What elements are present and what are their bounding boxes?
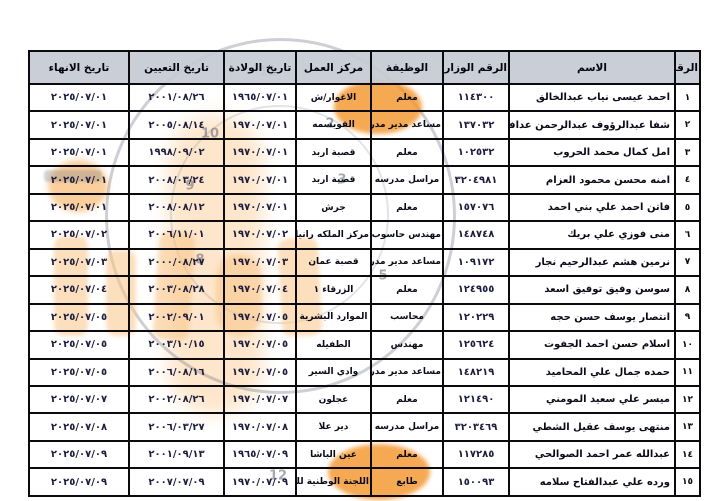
- cell-center: دير علا: [296, 413, 371, 440]
- cell-name: عبدالله عمر احمد الصوالحي: [509, 441, 675, 468]
- cell-birth: ١٩٧٠/٠٧/٠٣: [224, 249, 296, 276]
- cell-job: معلم: [371, 441, 443, 468]
- cell-ministry_no: ٣٢٠٤٩٨١: [443, 166, 509, 193]
- cell-job: مراسل مدرسه: [371, 166, 443, 193]
- cell-job: معلم: [371, 276, 443, 303]
- table-row: ٥فاتن احمد علي بني احمد١٥٧٠٧٦معلمجرش١٩٧٠…: [29, 194, 700, 221]
- table-row: ٨سوسن وفيق توفيق اسعد١٢٤٩٥٥معلمالزرقاء ١…: [29, 276, 700, 303]
- cell-birth: ١٩٧٠/٠٧/٠٤: [224, 276, 296, 303]
- header-work-center: مركز العمل: [296, 51, 371, 84]
- cell-end: ٢٠٢٥/٠٧/٠٥: [29, 304, 129, 331]
- cell-end: ٢٠٢٥/٠٧/٠١: [29, 111, 129, 138]
- cell-appointed: ٢٠٠٢/٠٨/٢٦: [129, 386, 224, 413]
- header-birth-date: تاريخ الولادة: [224, 51, 296, 84]
- cell-appointed: ٢٠٠٣/٠٨/٢٨: [129, 276, 224, 303]
- cell-birth: ١٩٧٠/٠٧/٠١: [224, 139, 296, 166]
- header-appointment-date: تاريخ التعيين: [129, 51, 224, 84]
- cell-center: قصبة عمان: [296, 249, 371, 276]
- cell-num: ١٥: [675, 468, 700, 496]
- cell-name: فاتن احمد علي بني احمد: [509, 194, 675, 221]
- table-body: ١احمد عيسى نياب عبدالخالق١١٤٣٠٠معلمالاغو…: [29, 84, 700, 496]
- cell-num: ١: [675, 84, 700, 111]
- cell-end: ٢٠٢٥/٠٧/٠٥: [29, 331, 129, 358]
- table-row: ٩انتصار يوسف حسن حجه١٢٠٢٢٩محاسبالموارد ا…: [29, 304, 700, 331]
- cell-num: ١١: [675, 359, 700, 386]
- cell-ministry_no: ٣٢٠٣٤٦٩: [443, 413, 509, 440]
- cell-ministry_no: ١١٤٣٠٠: [443, 84, 509, 111]
- header-termination-date: تاريخ الانهاء: [29, 51, 129, 84]
- cell-center: الطفيله: [296, 331, 371, 358]
- cell-appointed: ٢٠٠٠/٠٨/٢٧: [129, 249, 224, 276]
- header-name: الاسم: [509, 51, 675, 84]
- cell-job: مهندس: [371, 331, 443, 358]
- cell-center: مركز الملكه رانيا: [296, 221, 371, 248]
- cell-birth: ١٩٧٠/٠٧/٠٥: [224, 304, 296, 331]
- cell-appointed: ٢٠٠٧/٠٧/٠٩: [129, 468, 224, 496]
- cell-name: نرمين هشم عبدالرحيم نجار: [509, 249, 675, 276]
- cell-end: ٢٠٢٥/٠٧/٠٨: [29, 413, 129, 440]
- cell-end: ٢٠٢٥/٠٧/٠٤: [29, 276, 129, 303]
- cell-num: ١٢: [675, 386, 700, 413]
- cell-appointed: ٢٠٠٢/٠٩/٠١: [129, 304, 224, 331]
- cell-name: ورده علي عبدالفتاح سلامه: [509, 468, 675, 496]
- table-row: ٧نرمين هشم عبدالرحيم نجار١٠٩١٧٢مساعد مدي…: [29, 249, 700, 276]
- cell-center: القويسمه: [296, 111, 371, 138]
- table-row: ١١حمده جمال علي المحاميد١٤٨٢١٩مساعد مدير…: [29, 359, 700, 386]
- cell-end: ٢٠٢٥/٠٧/٠٩: [29, 468, 129, 496]
- cell-appointed: ٢٠٠١/٠٩/١٣: [129, 441, 224, 468]
- cell-end: ٢٠٢٥/٠٧/٠٧: [29, 386, 129, 413]
- cell-center: عجلون: [296, 386, 371, 413]
- cell-appointed: ٢٠٠٦/٠٣/٢٧: [129, 413, 224, 440]
- cell-appointed: ٢٠٠٣/١٠/١٥: [129, 331, 224, 358]
- cell-name: حمده جمال علي المحاميد: [509, 359, 675, 386]
- cell-ministry_no: ١٣٧٠٣٢: [443, 111, 509, 138]
- cell-name: انتصار يوسف حسن حجه: [509, 304, 675, 331]
- table-row: ٤امنه محسن محمود العزام٣٢٠٤٩٨١مراسل مدرس…: [29, 166, 700, 193]
- cell-center: جرش: [296, 194, 371, 221]
- cell-end: ٢٠٢٥/٠٧/٠٥: [29, 359, 129, 386]
- cell-name: ميسر علي سعيد المومني: [509, 386, 675, 413]
- cell-ministry_no: ١٠٢٥٣٢: [443, 139, 509, 166]
- cell-birth: ١٩٧٠/٠٧/٠٧: [224, 386, 296, 413]
- cell-center: اللجنة الوطنية للتربية: [296, 468, 371, 496]
- header-row-number: الرقم: [675, 51, 700, 84]
- cell-name: منتهى يوسف عقيل الشطي: [509, 413, 675, 440]
- cell-center: عين الباشا: [296, 441, 371, 468]
- employee-termination-table: الرقم الاسم الرقم الوزاري الوظيفة مركز ا…: [28, 50, 701, 497]
- table-row: ٣امل كمال محمد الحروب١٠٢٥٣٢معلمقصبة اربد…: [29, 139, 700, 166]
- cell-birth: ١٩٦٥/٠٧/٠١: [224, 84, 296, 111]
- cell-appointed: ٢٠٠٦/١١/٠١: [129, 221, 224, 248]
- cell-ministry_no: ١٥٧٠٧٦: [443, 194, 509, 221]
- cell-name: سوسن وفيق توفيق اسعد: [509, 276, 675, 303]
- cell-birth: ١٩٧٠/٠٧/٠١: [224, 194, 296, 221]
- cell-ministry_no: ١٤٨٧٤٨: [443, 221, 509, 248]
- cell-center: الموارد البشرية: [296, 304, 371, 331]
- header-job-title: الوظيفة: [371, 51, 443, 84]
- cell-end: ٢٠٢٥/٠٧/٠٩: [29, 441, 129, 468]
- cell-num: ٩: [675, 304, 700, 331]
- cell-job: معلم: [371, 194, 443, 221]
- cell-end: ٢٠٢٥/٠٧/٠١: [29, 139, 129, 166]
- table-row: ١احمد عيسى نياب عبدالخالق١١٤٣٠٠معلمالاغو…: [29, 84, 700, 111]
- cell-job: محاسب: [371, 304, 443, 331]
- cell-end: ٢٠٢٥/٠٧/٠١: [29, 166, 129, 193]
- header-ministry-number: الرقم الوزاري: [443, 51, 509, 84]
- cell-job: معلم: [371, 84, 443, 111]
- cell-name: امنه محسن محمود العزام: [509, 166, 675, 193]
- cell-job: مهندس حاسوب: [371, 221, 443, 248]
- cell-appointed: ١٩٩٨/٠٩/٠٢: [129, 139, 224, 166]
- table-row: ١٣منتهى يوسف عقيل الشطي٣٢٠٣٤٦٩مراسل مدرس…: [29, 413, 700, 440]
- cell-num: ١٤: [675, 441, 700, 468]
- cell-name: امل كمال محمد الحروب: [509, 139, 675, 166]
- table-row: ١٢ميسر علي سعيد المومني١٢١٤٩٠معلمعجلون١٩…: [29, 386, 700, 413]
- cell-num: ١٠: [675, 331, 700, 358]
- cell-name: منى فوزي علي بريك: [509, 221, 675, 248]
- cell-job: مساعد مدير مدرسه: [371, 249, 443, 276]
- cell-end: ٢٠٢٥/٠٧/٠١: [29, 84, 129, 111]
- cell-birth: ١٩٧٠/٠٧/٠٥: [224, 331, 296, 358]
- cell-birth: ١٩٧٠/٠٧/٠٥: [224, 359, 296, 386]
- cell-job: مراسل مدرسه: [371, 413, 443, 440]
- cell-center: وادي السير: [296, 359, 371, 386]
- cell-name: اسلام حسن احمد الجفوت: [509, 331, 675, 358]
- table-row: ١٠اسلام حسن احمد الجفوت١٢٥٦٢٤مهندسالطفيل…: [29, 331, 700, 358]
- cell-birth: ١٩٧٠/٠٧/٠٩: [224, 468, 296, 496]
- cell-end: ٢٠٢٥/٠٧/٠٣: [29, 249, 129, 276]
- cell-job: معلم: [371, 139, 443, 166]
- cell-ministry_no: ١٥٠٠٩٣: [443, 468, 509, 496]
- cell-num: ٤: [675, 166, 700, 193]
- cell-name: احمد عيسى نياب عبدالخالق: [509, 84, 675, 111]
- table-row: ٢شفا عبدالرؤوف عبدالرحمن عدافه١٣٧٠٣٢مساع…: [29, 111, 700, 138]
- cell-num: ٣: [675, 139, 700, 166]
- cell-num: ١٣: [675, 413, 700, 440]
- cell-ministry_no: ١٤٨٢١٩: [443, 359, 509, 386]
- cell-job: معلم: [371, 386, 443, 413]
- table-row: ١٥ورده علي عبدالفتاح سلامه١٥٠٠٩٣طابعاللج…: [29, 468, 700, 496]
- cell-birth: ١٩٧٠/٠٧/٠١: [224, 166, 296, 193]
- cell-ministry_no: ١١٧٢٨٥: [443, 441, 509, 468]
- table-row: ٦منى فوزي علي بريك١٤٨٧٤٨مهندس حاسوبمركز …: [29, 221, 700, 248]
- cell-center: قصبة اربد: [296, 166, 371, 193]
- cell-job: طابع: [371, 468, 443, 496]
- cell-appointed: ٢٠٠٨/٠٨/١٢: [129, 194, 224, 221]
- cell-job: مساعد مدير مدرسه: [371, 359, 443, 386]
- cell-appointed: ٢٠٠٨/٠٣/٢٤: [129, 166, 224, 193]
- table-header-row: الرقم الاسم الرقم الوزاري الوظيفة مركز ا…: [29, 51, 700, 84]
- cell-ministry_no: ١٠٩١٧٢: [443, 249, 509, 276]
- cell-appointed: ٢٠٠١/٠٨/٢٦: [129, 84, 224, 111]
- cell-birth: ١٩٧٠/٠٧/٠١: [224, 111, 296, 138]
- cell-appointed: ٢٠٠٥/٠٨/١٤: [129, 111, 224, 138]
- cell-birth: ١٩٧٠/٠٧/٠٨: [224, 413, 296, 440]
- cell-ministry_no: ١٢٤٩٥٥: [443, 276, 509, 303]
- cell-appointed: ٢٠٠٦/٠٨/١٦: [129, 359, 224, 386]
- cell-num: ٦: [675, 221, 700, 248]
- cell-center: الاغوار/ش: [296, 84, 371, 111]
- table-header: الرقم الاسم الرقم الوزاري الوظيفة مركز ا…: [29, 51, 700, 84]
- cell-center: الزرقاء ١: [296, 276, 371, 303]
- cell-num: ٢: [675, 111, 700, 138]
- cell-birth: ١٩٧٠/٠٧/٠٢: [224, 221, 296, 248]
- table-row: ١٤عبدالله عمر احمد الصوالحي١١٧٢٨٥معلمعين…: [29, 441, 700, 468]
- cell-birth: ١٩٦٥/٠٧/٠٩: [224, 441, 296, 468]
- cell-center: قصبة اربد: [296, 139, 371, 166]
- cell-job: مساعد مدير مدرسه: [371, 111, 443, 138]
- cell-end: ٢٠٢٥/٠٧/٠٢: [29, 221, 129, 248]
- cell-end: ٢٠٢٥/٠٧/٠١: [29, 194, 129, 221]
- cell-name: شفا عبدالرؤوف عبدالرحمن عدافه: [509, 111, 675, 138]
- cell-num: ٨: [675, 276, 700, 303]
- cell-ministry_no: ١٢١٤٩٠: [443, 386, 509, 413]
- cell-num: ٧: [675, 249, 700, 276]
- cell-ministry_no: ١٢٥٦٢٤: [443, 331, 509, 358]
- scanned-document-page: { "table": { "header": { "num": "الرقم",…: [0, 0, 726, 501]
- cell-ministry_no: ١٢٠٢٢٩: [443, 304, 509, 331]
- cell-num: ٥: [675, 194, 700, 221]
